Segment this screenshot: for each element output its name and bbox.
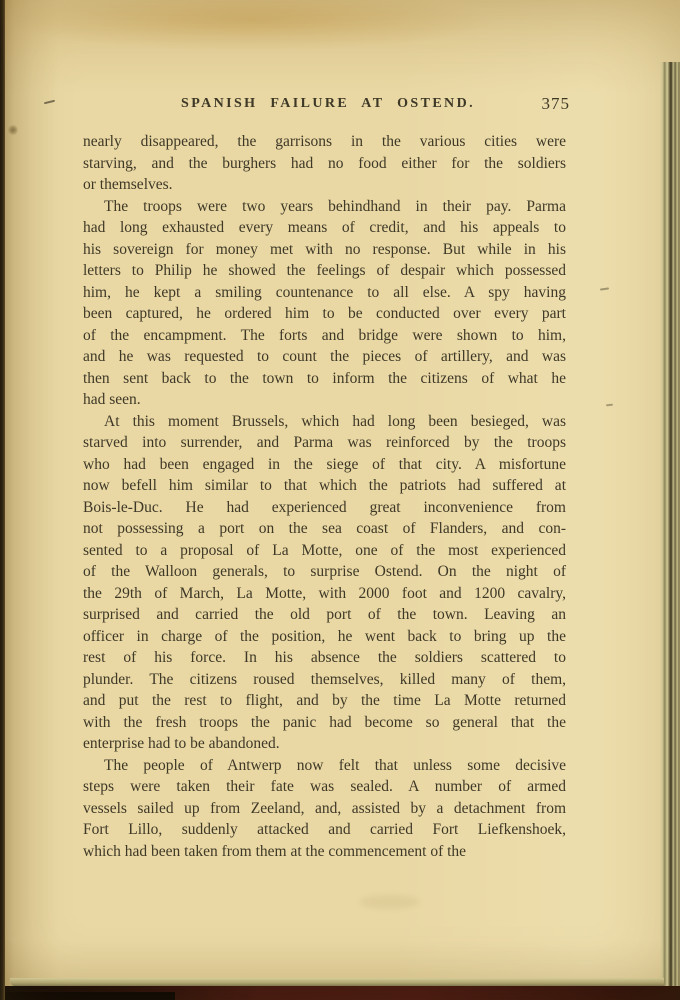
text-line: Bois-le-Duc. He had experienced great in… [83, 497, 566, 519]
foxing-spot [8, 125, 18, 135]
text-line: letters to Philip he showed the feelings… [83, 260, 566, 282]
running-header-title: SPANISH FAILURE AT OSTEND. [83, 96, 573, 112]
paper-smudge [360, 895, 420, 909]
text-line: been captured, he ordered him to be cond… [83, 303, 566, 325]
text-line: of the encampment. The forts and bridge … [83, 325, 566, 347]
book-binding-edge [0, 0, 5, 1000]
text-line: steps were taken their fate was sealed. … [83, 776, 566, 798]
text-line: and he was requested to count the pieces… [83, 346, 566, 368]
text-line: the 29th of March, La Motte, with 2000 f… [83, 583, 566, 605]
text-line: officer in charge of the position, he we… [83, 626, 566, 648]
text-line: had seen. [83, 389, 566, 411]
text-line: plunder. The citizens roused themselves,… [83, 669, 566, 691]
page-fore-edge [660, 62, 680, 990]
text-line: had long exhausted every means of credit… [83, 217, 566, 239]
text-line: rest of his force. In his absence the so… [83, 647, 566, 669]
text-line: nearly disappeared, the garrisons in the… [83, 131, 566, 153]
text-line: Fort Lillo, suddenly attacked and carrie… [83, 819, 566, 841]
running-header: SPANISH FAILURE AT OSTEND. 375 [83, 96, 573, 116]
margin-mark [600, 287, 609, 290]
text-line: his sovereign for money met with no resp… [83, 239, 566, 261]
text-line: of the Walloon generals, to surprise Ost… [83, 561, 566, 583]
text-line: now befell him similar to that which the… [83, 475, 566, 497]
book-scan: SPANISH FAILURE AT OSTEND. 375 nearly di… [0, 0, 680, 1000]
text-line: At this moment Brussels, which had long … [83, 411, 566, 433]
text-line: enterprise had to be abandoned. [83, 733, 566, 755]
text-line: starved into surrender, and Parma was re… [83, 432, 566, 454]
text-line: then sent back to the town to inform the… [83, 368, 566, 390]
text-line: him, he kept a smiling countenance to al… [83, 282, 566, 304]
text-line: who had been engaged in the siege of tha… [83, 454, 566, 476]
margin-mark [606, 404, 613, 407]
text-line: vessels sailed up from Zeeland, and, ass… [83, 798, 566, 820]
pen-mark [44, 100, 55, 105]
text-line: The troops were two years behindhand in … [83, 196, 566, 218]
text-line: with the fresh troops the panic had beco… [83, 712, 566, 734]
text-line: and put the rest to flight, and by the t… [83, 690, 566, 712]
text-line: starving, and the burghers had no food e… [83, 153, 566, 175]
text-line: or themselves. [83, 174, 566, 196]
text-line: sented to a proposal of La Motte, one of… [83, 540, 566, 562]
text-line: surprised and carried the old port of th… [83, 604, 566, 626]
page-number: 375 [542, 94, 571, 114]
text-line: The people of Antwerp now felt that unle… [83, 755, 566, 777]
book-cover-shadow [0, 992, 175, 1000]
text-line: which had been taken from them at the co… [83, 841, 566, 863]
text-line: not possessing a port on the sea coast o… [83, 518, 566, 540]
page-text: nearly disappeared, the garrisons in the… [83, 131, 566, 862]
